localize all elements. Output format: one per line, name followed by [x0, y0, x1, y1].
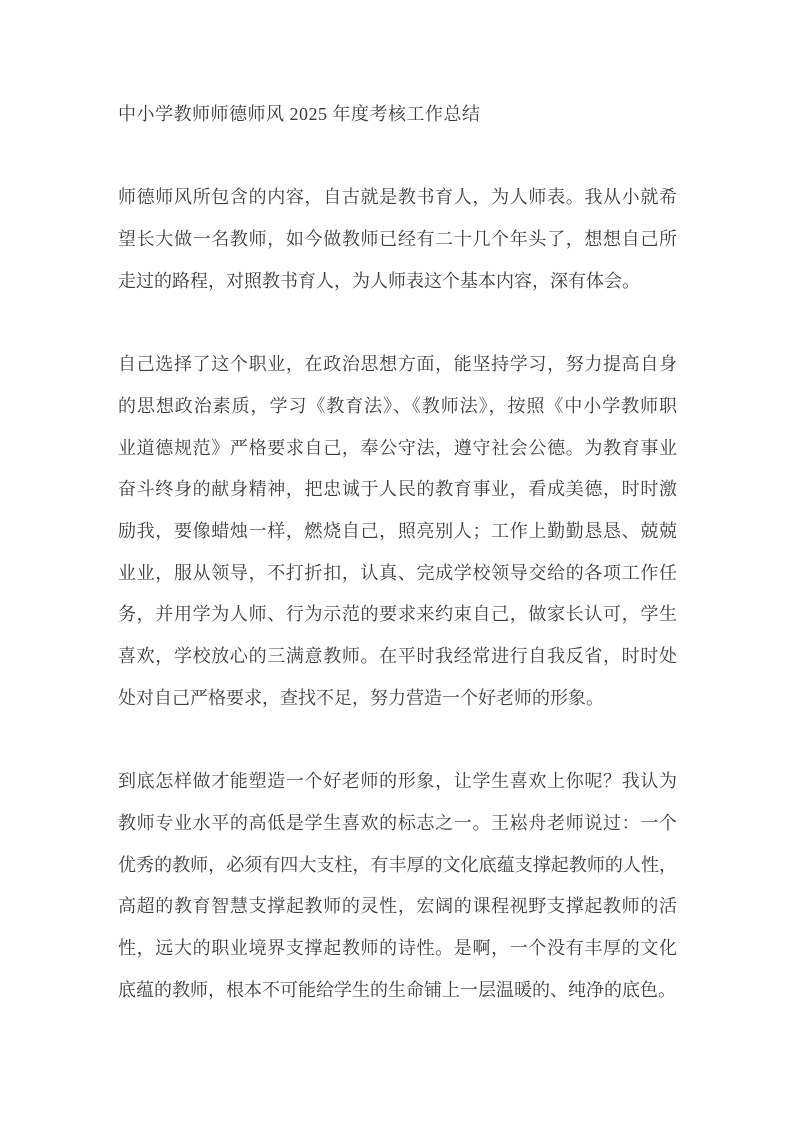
text-line: 师德师风所包含的内容，自古就是教书育人，为人师表。我从小就希: [118, 177, 677, 219]
text-line: 性，远大的职业境界支撑起教师的诗性。是啊，一个没有丰厚的文化: [118, 928, 677, 970]
text-line: 望长大做一名教师，如今做教师已经有二十几个年头了，想想自己所: [118, 219, 677, 261]
text-line: 励我，要像蜡烛一样，燃烧自己，照亮别人；工作上勤勤恳恳、兢兢: [118, 511, 677, 553]
paragraph: 到底怎样做才能塑造一个好老师的形象，让学生喜欢上你呢？我认为教师专业水平的高低是…: [118, 761, 677, 1011]
text-line: 底蕴的教师，根本不可能给学生的生命铺上一层温暖的、纯净的底色。: [118, 970, 677, 1012]
document-title: 中小学教师师德师风 2025 年度考核工作总结: [118, 94, 677, 136]
text-line: 优秀的教师，必须有四大支柱，有丰厚的文化底蕴支撑起教师的人性，: [118, 845, 677, 887]
text-line: 处对自己严格要求，查找不足，努力营造一个好老师的形象。: [118, 678, 677, 720]
paragraph: 师德师风所包含的内容，自古就是教书育人，为人师表。我从小就希望长大做一名教师，如…: [118, 177, 677, 302]
document-content: 中小学教师师德师风 2025 年度考核工作总结 师德师风所包含的内容，自古就是教…: [0, 0, 793, 1011]
paragraph: 自己选择了这个职业，在政治思想方面，能坚持学习，努力提高自身的思想政治素质，学习…: [118, 344, 677, 719]
text-line: 业业，服从领导，不打折扣，认真、完成学校领导交给的各项工作任: [118, 553, 677, 595]
text-line: 高超的教育智慧支撑起教师的灵性，宏阔的课程视野支撑起教师的活: [118, 886, 677, 928]
text-line: 教师专业水平的高低是学生喜欢的标志之一。王崧舟老师说过：一个: [118, 803, 677, 845]
document-page: 中小学教师师德师风 2025 年度考核工作总结 师德师风所包含的内容，自古就是教…: [0, 0, 793, 1122]
text-line: 喜欢，学校放心的三满意教师。在平时我经常进行自我反省，时时处: [118, 636, 677, 678]
text-line: 走过的路程，对照教书育人，为人师表这个基本内容，深有体会。: [118, 261, 677, 303]
text-line: 务，并用学为人师、行为示范的要求来约束自己，做家长认可，学生: [118, 594, 677, 636]
text-line: 奋斗终身的献身精神，把忠诚于人民的教育事业，看成美德，时时激: [118, 469, 677, 511]
document-body: 师德师风所包含的内容，自古就是教书育人，为人师表。我从小就希望长大做一名教师，如…: [118, 177, 677, 1011]
text-line: 的思想政治素质，学习《教育法》、《教师法》，按照《中小学教师职: [118, 386, 677, 428]
text-line: 自己选择了这个职业，在政治思想方面，能坚持学习，努力提高自身: [118, 344, 677, 386]
text-line: 业道德规范》严格要求自己，奉公守法，遵守社会公德。为教育事业: [118, 428, 677, 470]
text-line: 到底怎样做才能塑造一个好老师的形象，让学生喜欢上你呢？我认为: [118, 761, 677, 803]
